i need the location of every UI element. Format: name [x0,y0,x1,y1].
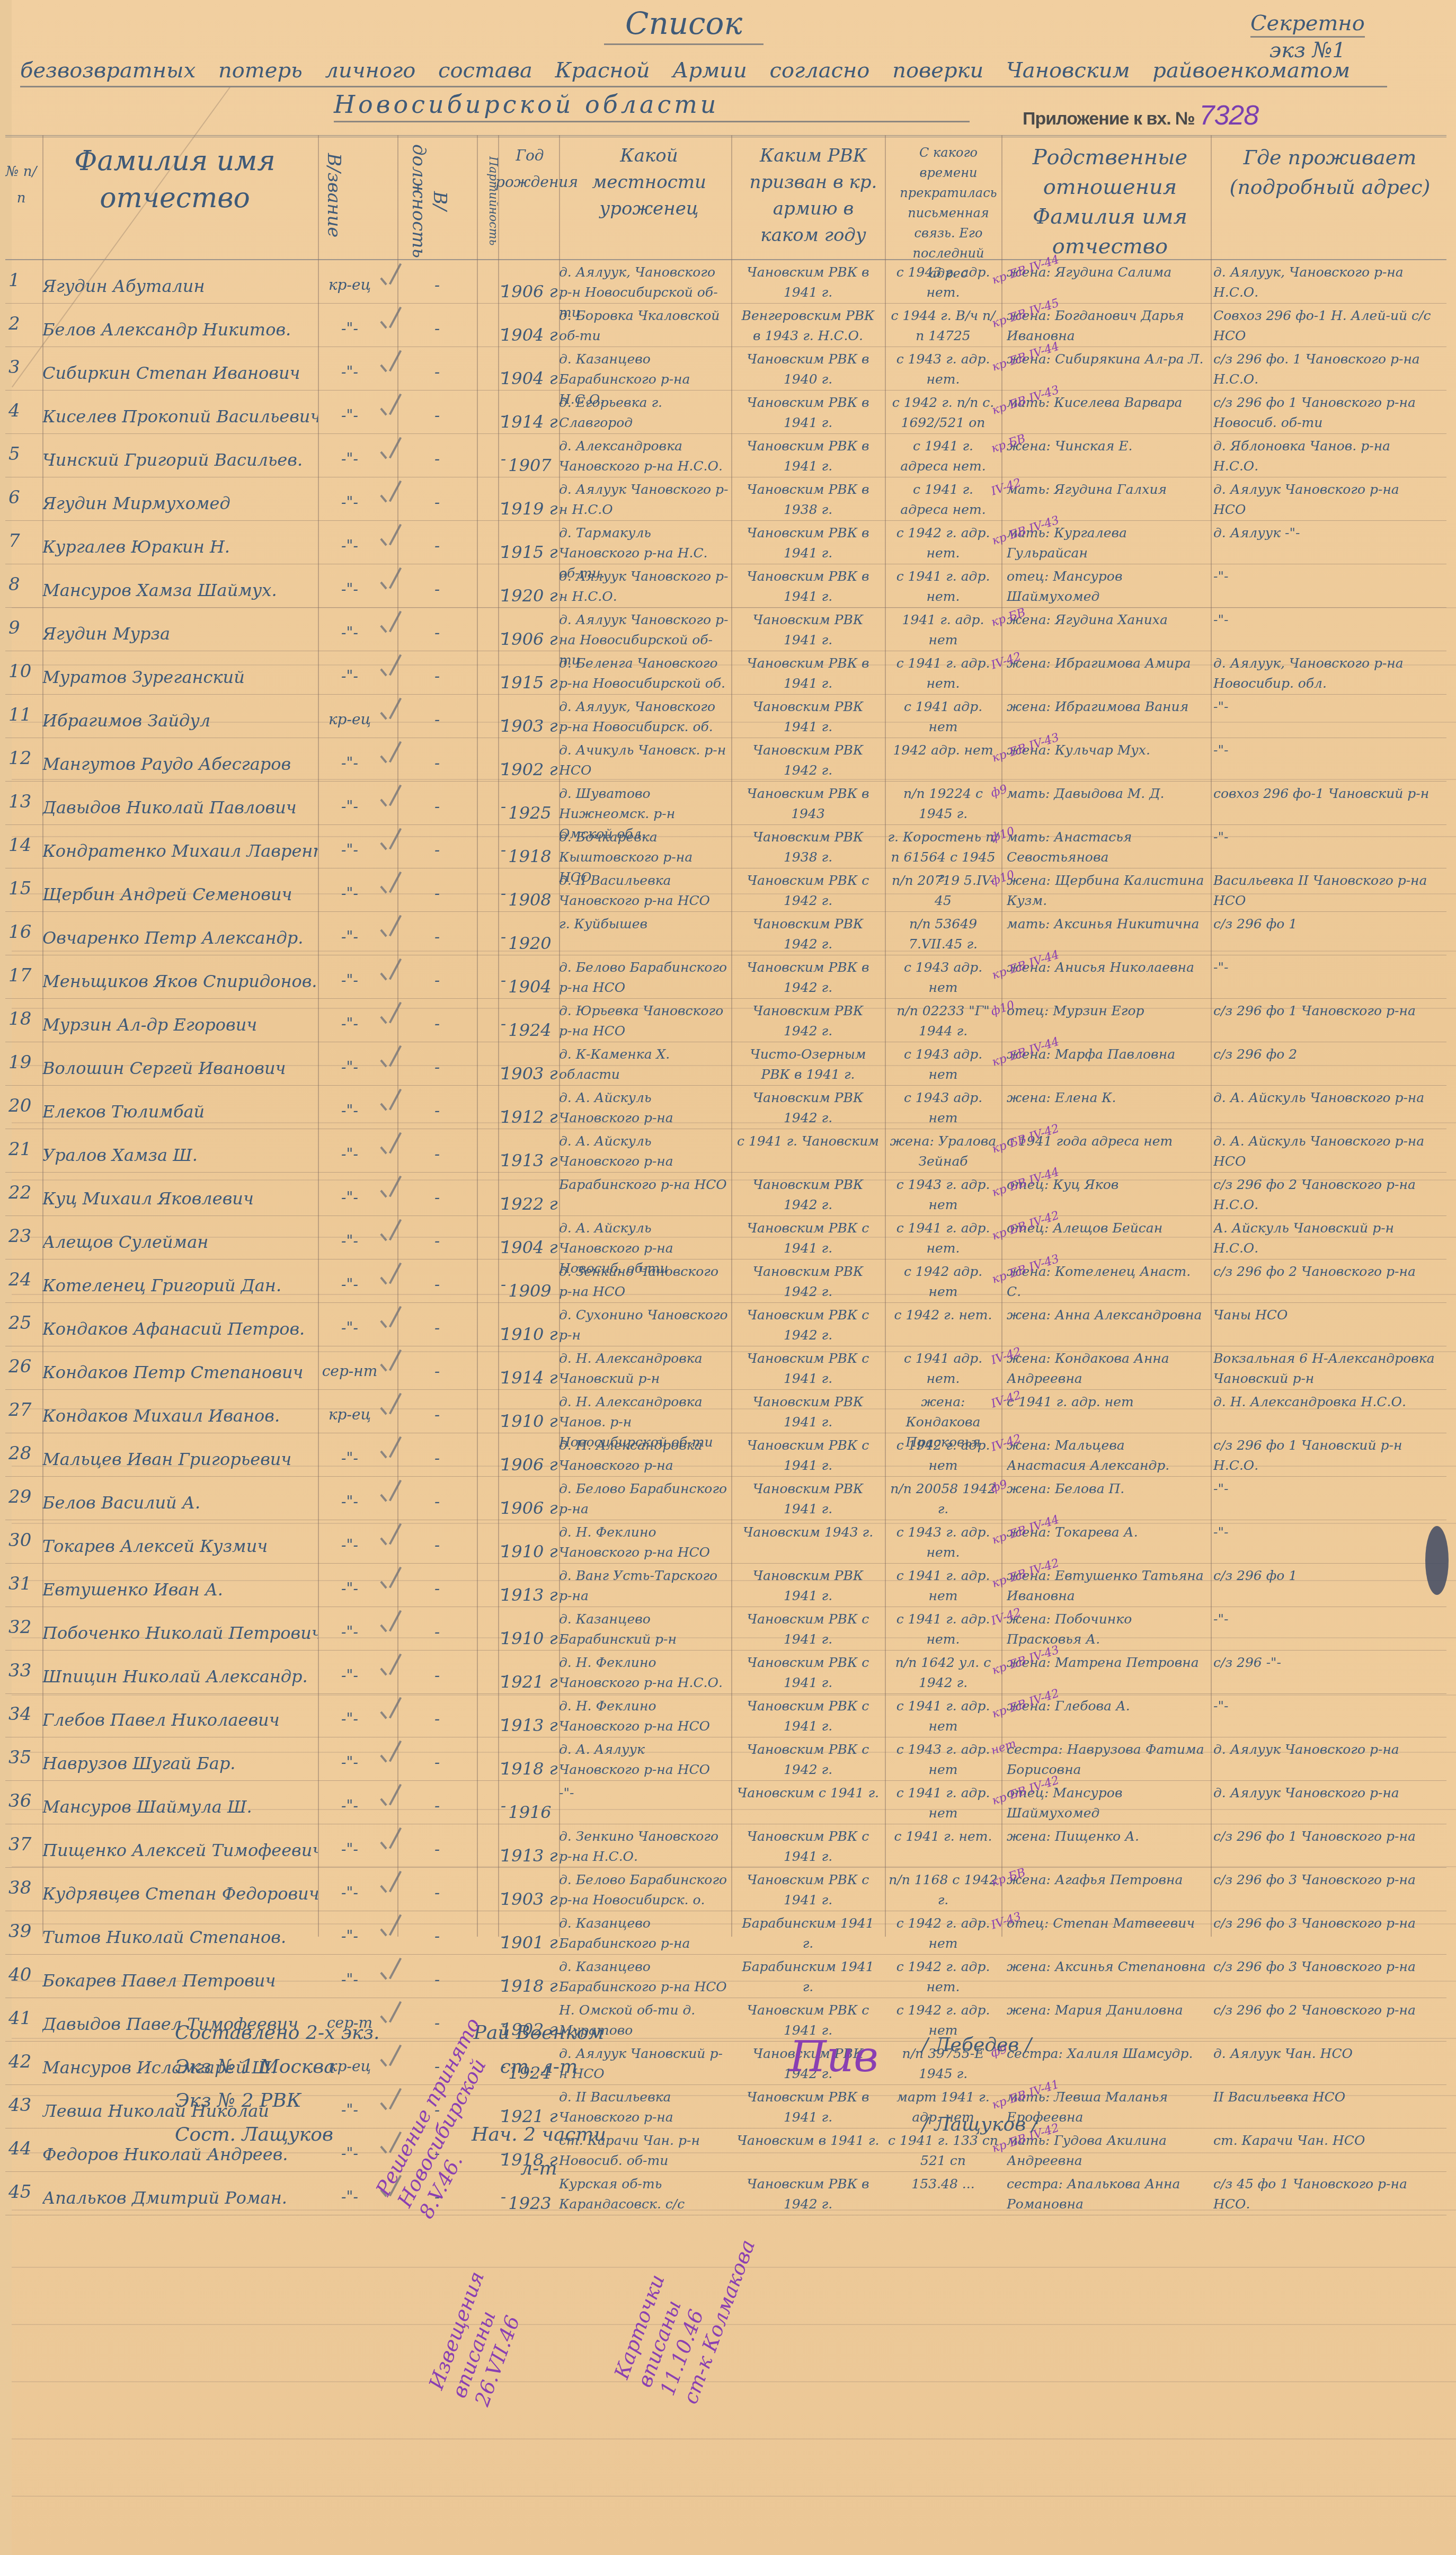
soldier-name: Наврузов Шугай Бар. [42,1753,318,1773]
relative: жена: Кондакова Анна Андреевна [1007,1349,1208,1389]
conscription-office: Чановским РВК 1942 г. [736,1262,880,1302]
position: - [397,406,477,425]
row-number: 41 [8,2008,40,2029]
position: - [397,711,477,729]
relative-address: -"- [1213,740,1436,760]
birth-year: 1916 [501,1802,559,1822]
table-row: 21Уралов Хамза Ш.-"---1913 г.д. А. Айску… [5,1129,1446,1173]
birth-year: 1920 [501,933,559,953]
conscription-office: Чисто-Озерным РВК в 1941 г. [736,1044,880,1085]
row-number: 13 [8,791,40,812]
table-row: 19Волошин Сергей Иванович-"---1903 г.д. … [5,1042,1446,1086]
table-row: 12Мангутов Раудо Абесгаров-"---1902 г.д.… [5,738,1446,782]
conscription-office: Чановским РВК 1938 г. [736,827,880,867]
last-contact: с 1941 адр. нет [887,697,999,737]
birth-year: 1913 г. [501,1715,559,1735]
position: - [397,1797,477,1815]
relative-address: Васильевка II Чановского р-на НСО [1213,871,1436,911]
rank: -"- [318,537,381,554]
signature-lebedev: / Лебедев / [922,2024,1038,2066]
soldier-name: Мурзин Ал-др Егорович [42,1015,318,1035]
relative: жена: Ибрагимова Вания [1007,697,1208,717]
conscription-office: Чановским РВК 1942 г. [736,1175,880,1215]
conscription-office: Чановским РВК в 1941 г. [736,262,880,303]
last-contact: п/п 1642 ул. с 1942 г. [887,1653,999,1693]
relative: жена: Агафья Петровна [1007,1870,1208,1890]
position: - [397,320,477,338]
checkmark-icon [376,1998,402,2035]
conscription-office: Чановским РВК в 1941 г. [736,436,880,476]
conscription-office: Чановским РВК в 1941 г. [736,393,880,433]
chief-rank: л-т [472,2152,606,2186]
table-row: 27Кондаков Михаил Иванов.кр-ец--1910 г.д… [5,1390,1446,1433]
birth-year: 1912 г. [501,1107,559,1127]
copy-2-destination: Экз № 2 РВК [175,2084,380,2118]
birth-year: 1925 [501,803,559,823]
birth-year: 1921 г. [501,1672,559,1692]
last-contact: с 1943 г. адр. нет. [887,1522,999,1563]
relative: жена: Аксинья Степановна [1007,1957,1208,1977]
conscription-office: Чановским в 1941 г. [736,2131,880,2151]
relative-address: д. Яблоновка Чанов. р-на Н.С.О. [1213,436,1436,476]
relative: жена: Мальцева Анастасия Александр. [1007,1435,1208,1476]
last-contact: с 1942 г. п/п с. 1692/521 оп [887,393,999,433]
column-rule [559,135,560,1937]
soldier-name: Муратов Зуреганский [42,667,318,687]
relative-address: с/з 45 фо 1 Чановского р-на НСО. [1213,2174,1436,2214]
row-number: 5 [8,443,40,465]
rank: -"- [318,1580,381,1597]
rank: -"- [318,754,381,771]
secret-label: Секретно [1250,11,1365,38]
rank: -"- [318,1884,381,1901]
birth-year: 1906 г. [501,281,559,301]
soldier-name: Волошин Сергей Иванович [42,1058,318,1078]
relative-address: д. Аялуук -"- [1213,523,1436,543]
table-row: 26Кондаков Петр Степановичсер-нт--1914 г… [5,1346,1446,1390]
relative: отец: Мурзин Егор [1007,1001,1208,1021]
relative: отец: Степан Матвеевич [1007,1913,1208,1933]
birthplace: д. Н. Александровка Чановский р-н [559,1349,729,1389]
table-row: 15Щербин Андрей Семенович-"---1908д. II … [5,868,1446,912]
soldier-name: Белов Василий А. [42,1493,318,1513]
birthplace: д. Н. Александровка Чановского р-на [559,1435,729,1476]
birth-year: 1924 [501,1020,559,1040]
last-contact: с 1941 г. адр. нет [887,1783,999,1823]
position: - [397,363,477,382]
relative-address: с/з 296 фо 1 Чановского р-на [1213,1826,1436,1847]
rank: -"- [318,406,381,424]
birthplace: д. Боровка Чкаловской об-ти [559,306,729,346]
conscription-office: с 1941 г. Чановским [736,1131,880,1151]
row-number: 18 [8,1008,40,1030]
soldier-name: Титов Николай Степанов. [42,1927,318,1947]
rank: -"- [318,1971,381,1988]
position: - [397,493,477,512]
table-row: 40Бокарев Павел Петрович-"---1918 г.д. К… [5,1955,1446,1998]
relative-address: Совхоз 296 фо-1 Н. Алей-ий с/с НСО [1213,306,1436,346]
conscription-office: Чановским РВК 1942 г. [736,914,880,954]
relative-address: с/з 296 фо 2 Чановского р-на [1213,2000,1436,2020]
birth-year: 1910 г. [501,1324,559,1344]
birth-year: 1904 [501,977,559,997]
birth-year: 1902 г. [501,759,559,779]
birth-year: 1903 г. [501,1063,559,1084]
relative: отец: Мансуров Шаймухомед [1007,566,1208,607]
relative-address: II Васильевка НСО [1213,2087,1436,2107]
position: - [397,1580,477,1598]
last-contact: с 1941 г. адр. нет [887,1566,999,1606]
table-row: 4Киселев Прокопий Васильевич-"---1914 г.… [5,391,1446,434]
soldier-name: Глебов Павел Николаевич [42,1710,318,1730]
relative-address: -"- [1213,697,1436,717]
last-contact: с 1942 г. адр. нет. [887,1957,999,1997]
rank: -"- [318,624,381,641]
position: - [397,884,477,903]
birth-year: 1922 г. [501,1194,559,1214]
birth-year: 1919 г. [501,499,559,519]
conscription-office: Чановским РВК с 1941 г. [736,1218,880,1258]
position: - [397,580,477,599]
rank: -"- [318,1493,381,1510]
table-row: 36Мансуров Шаймула Ш.-"---1916-"-Чановск… [5,1781,1446,1824]
row-number: 11 [8,704,40,725]
relative: мать: Давыдова М. Д. [1007,784,1208,804]
copy-1-destination: Экз № 1 Москва [175,2050,380,2084]
soldier-name: Кондаков Михаил Иванов. [42,1406,318,1426]
table-row: 28Мальцев Иван Григорьевич-"---1906 г.д.… [5,1433,1446,1477]
table-row: 32Побоченко Николай Петрович-"---1910 г.… [5,1607,1446,1651]
rank: -"- [318,1710,381,1727]
rank: -"- [318,320,381,337]
position: - [397,1753,477,1772]
row-number: 25 [8,1312,40,1334]
position: - [397,667,477,686]
relative-address: с/з 296 фо. 1 Чановского р-на Н.С.О. [1213,349,1436,389]
table-row: 39Титов Николай Степанов.-"---1901 г.д. … [5,1911,1446,1955]
last-contact: с 1941 г. адр. нет. [887,1609,999,1649]
conscription-office: Чановским РВК в 1941 г. [736,2087,880,2127]
rank: -"- [318,1666,381,1684]
position: - [397,276,477,295]
column-rule [1001,135,1002,1937]
last-contact: с 1943 адр. нет [887,957,999,998]
relative-address: -"- [1213,957,1436,978]
birthplace: д. Аялуук, Чановского р-на Новосибирск. … [559,697,729,737]
soldier-name: Ягудин Абуталин [42,276,318,296]
column-rule [885,135,886,1937]
relative-address: д. А. Айскуль Чановского р-на [1213,1088,1436,1108]
relative-address: с/з 296 фо 3 Чановского р-на [1213,1870,1436,1890]
last-contact: с 1942 адр. нет [887,1262,999,1302]
position: - [397,1536,477,1555]
birth-year: 1903 г. [501,716,559,736]
relative-address: -"- [1213,1696,1436,1716]
birth-year: 1918 [501,846,559,866]
relative-address: с/з 296 фо 1 [1213,914,1436,934]
table-row: 33Шпицин Николай Александр.-"---1921 г.д… [5,1651,1446,1694]
conscription-office: Чановским РВК 1941 г. [736,1479,880,1519]
relative: жена: Белова П. [1007,1479,1208,1499]
soldier-name: Мангутов Раудо Абесгаров [42,754,318,774]
birth-year: 1915 г. [501,672,559,693]
conscription-office: Чановским РВК с 1941 г. [736,1696,880,1736]
relative: жена: Чинская Е. [1007,436,1208,456]
region-subtitle: Новосибирской области [334,90,970,122]
conscription-office: Чановским РВК с 1941 г. [736,1870,880,1910]
table-row: 8Мансуров Хамза Шаймух.-"---1920 г.д. Ая… [5,564,1446,608]
relative: мать: Аксинья Никитична [1007,914,1208,934]
relative-address: д. А. Айскуль Чановского р-на НСО [1213,1131,1436,1172]
row-number: 39 [8,1921,40,1942]
birthplace: д. Казанцево Барабинский р-н [559,1609,729,1649]
table-row: 30Токарев Алексей Кузмич-"---1910 г.д. Н… [5,1520,1446,1564]
col-birth-year: Год рождения [495,143,564,196]
compiled-note: Составлено 2-х экз. Экз № 1 Москва Экз №… [175,2016,380,2152]
relative-address: совхоз 296 фо-1 Чановский р-н [1213,784,1436,804]
relative: жена: Мария Даниловна [1007,2000,1208,2020]
last-contact: с 1943 г. адр. нет [887,1740,999,1780]
relative-address: с/з 296 фо 2 [1213,1044,1436,1064]
rank: -"- [318,1145,381,1163]
row-number: 35 [8,1747,40,1768]
relative: сестра: Апалькова Анна Романовна [1007,2174,1208,2214]
table-row: 6Ягудин Мирмухомед-"---1919 г.д. Аялуук … [5,477,1446,521]
birth-year: 1904 г. [501,368,559,388]
row-number: 24 [8,1269,40,1290]
row-number: 38 [8,1877,40,1898]
rank: -"- [318,363,381,380]
rank: кр-ец [318,1406,381,1423]
relative-address: с/з 296 фо 2 Чановского р-на Н.С.О. [1213,1175,1436,1215]
birthplace: д. К-Каменка Х. области [559,1044,729,1085]
row-number: 30 [8,1530,40,1551]
birth-year: 1923 [501,2193,559,2213]
relative: жена: Анна Александровна [1007,1305,1208,1325]
table-row: 18Мурзин Ал-др Егорович-"---1924д. Юрьев… [5,999,1446,1042]
position: - [397,537,477,555]
soldier-name: Чинский Григорий Васильев. [42,450,318,470]
relative-address: с/з 296 фо 1 Чановский р-н Н.С.О. [1213,1435,1436,1476]
position: - [397,1666,477,1685]
row-number: 31 [8,1573,40,1594]
conscription-office: Барабинским 1941 г. [736,1913,880,1954]
last-contact: с 1942 г. нет. [887,1305,999,1325]
soldier-name: Пищенко Алексей Тимофеевич [42,1840,318,1860]
soldier-name: Овчаренко Петр Александр. [42,928,318,948]
soldier-name: Белов Александр Никитов. [42,320,318,340]
table-row: 9Ягудин Мурза-"---1906 г.д. Аялуук Чанов… [5,608,1446,651]
rank: -"- [318,1536,381,1554]
soldier-name: Побоченко Николай Петрович [42,1623,318,1643]
soldier-name: Токарев Алексей Кузмич [42,1536,318,1556]
birthplace: д. Ачикуль Чановск. р-н НСО [559,740,729,780]
relative-address: -"- [1213,827,1436,847]
row-number: 20 [8,1095,40,1116]
losses-table: № п/п Фамилия имя отчество В/звание В/до… [5,135,1446,2215]
position: - [397,1406,477,1424]
relative-address: с/з 296 фо 1 Чановского р-на Новосиб. об… [1213,393,1436,433]
table-row: 35Наврузов Шугай Бар.-"---1918 г.д. А. А… [5,1737,1446,1781]
relative: жена: Пищенко А. [1007,1826,1208,1847]
row-number: 36 [8,1790,40,1812]
col-birthplace: Какой местности уроженец [572,143,726,222]
birth-year: 1910 г. [501,1541,559,1562]
soldier-name: Мансуров Хамза Шаймух. [42,580,318,600]
relative-address: Вокзальная 6 Н-Александровка Чановский р… [1213,1349,1436,1389]
row-number: 42 [8,2051,40,2072]
birthplace: д. Н. Феклино Чановского р-на НСО [559,1696,729,1736]
row-number: 32 [8,1617,40,1638]
table-row: 11Ибрагимов Зайдулкр-ец--1903 г.д. Аялуу… [5,695,1446,738]
checkmark-icon [376,2085,402,2122]
col-relatives: Родственные отношения Фамилия имя отчест… [1012,143,1208,261]
birthplace: д. Казанцево Барабинского р-на НСО [559,1957,729,1997]
last-contact: жена: Уралова Зейнаб [887,1131,999,1172]
birthplace: д. А. Айскуль Чановского р-на [559,1088,729,1128]
birthplace: Барабинского р-на НСО [559,1175,729,1195]
conscription-office: Чановским РВК с 1941 г. [736,1826,880,1867]
last-contact: с 1944 г. В/ч п/п 14725 [887,306,999,346]
table-row: 45Апальков Дмитрий Роман.-"---1923Курска… [5,2172,1446,2215]
conscription-office: Чановским РВК с 1941 г. [736,1435,880,1476]
birth-year: 1913 г. [501,1846,559,1866]
row-number: 7 [8,530,40,552]
birthplace: д. Аялуук Чановского р-н Н.С.О. [559,566,729,607]
table-row: 31Евтушенко Иван А.-"---1913 г.д. Ванг У… [5,1564,1446,1607]
birthplace: д. Белово Барабинского р-на [559,1479,729,1519]
last-contact: п/п 02233 "Г" 1944 г. [887,1001,999,1041]
position: - [397,1493,477,1511]
table-row: 24Котеленец Григорий Дан.-"---1909д. Зен… [5,1259,1446,1303]
birthplace: д. II Васильевка Чановского р-на НСО [559,871,729,911]
row-number: 45 [8,2181,40,2203]
birthplace: д. Аялуук Чановского р-н Н.С.О [559,480,729,520]
conscription-office: Чановским РВК в 1941 г. [736,566,880,607]
table-row: 5Чинский Григорий Васильев.-"---1907д. А… [5,434,1446,477]
soldier-name: Котеленец Григорий Дан. [42,1275,318,1296]
rank: -"- [318,1275,381,1293]
col-name: Фамилия имя отчество [48,143,302,217]
soldier-name: Кургалев Юракин Н. [42,537,318,557]
rank: -"- [318,580,381,598]
table-row: 10Муратов Зуреганский-"---1915 г.д. Беле… [5,651,1446,695]
table-row: 38Кудрявцев Степан Федорович-"---1903 г.… [5,1868,1446,1911]
soldier-name: Кудрявцев Степан Федорович [42,1884,318,1904]
birthplace: д. Белово Барабинского р-на Новосибирск.… [559,1870,729,1910]
row-number: 33 [8,1660,40,1681]
soldier-name: Шпицин Николай Александр. [42,1666,318,1687]
birth-year: 1906 г. [501,1498,559,1518]
conscription-office: Чановским РВК 1942 г. [736,1088,880,1128]
compiled-copies: Составлено 2-х экз. [175,2016,380,2050]
birth-year: 1914 г. [501,412,559,432]
row-number: 2 [8,313,40,334]
rank: -"- [318,884,381,902]
position: - [397,1449,477,1468]
last-contact: 1941 г. адр. нет [887,610,999,650]
row-number: 28 [8,1443,40,1464]
rank: -"- [318,1102,381,1119]
compiler-name: Сост. Лащуков [175,2118,380,2152]
relative-address: с/з 296 фо 3 Чановского р-на [1213,1913,1436,1933]
last-contact: с 1942 г. адр. нет [887,1435,999,1476]
relative-address: с/з 296 -"- [1213,1653,1436,1673]
row-number: 10 [8,661,40,682]
col-rank: В/звание [323,143,344,249]
birthplace: д. Юрьевка Чановского р-на НСО [559,1001,729,1041]
conscription-office: Чановским РВК с 1941 г. [736,1349,880,1389]
column-rule [477,135,478,1937]
row-number: 21 [8,1139,40,1160]
registration-stamp: Приложение к вх. № 7328 [1023,100,1258,131]
birthplace: д. Зенкино Чановского р-на НСО [559,1262,729,1302]
birth-year: 1906 г. [501,629,559,649]
soldier-name: Кондратенко Михаил Лаврент. [42,841,318,861]
birth-year: 1904 г. [501,325,559,345]
birth-year: 1907 [501,455,559,475]
conscription-office: Чановским РВК в 1942 г. [736,957,880,998]
table-row: 17Меньщиков Яков Спиридонов.-"---1904д. … [5,955,1446,999]
column-rule [397,135,398,1937]
birth-year: 1909 [501,1281,559,1301]
rank: -"- [318,1840,381,1858]
soldier-name: Щербин Андрей Семенович [42,884,318,904]
checkmark-icon [376,2042,402,2079]
last-contact: с 1941 г. адр. нет [887,1696,999,1736]
last-contact: с 1941 адр. нет. [887,1349,999,1389]
conscription-office: Чановским РВК 1941 г. [736,1392,880,1432]
col-rvk: Каким РВК призван в кр. армию в каком го… [742,143,885,249]
last-contact: с 1941 г. адреса нет. [887,436,999,476]
col-number: № п/п [5,158,37,211]
birthplace: д. Беленга Чановского р-на Новосибирской… [559,653,729,694]
last-contact: с 1941 г. адр. нет. [887,566,999,607]
relative-address: д. Аялуук Чан. НСО [1213,2044,1436,2064]
relative-address: -"- [1213,1609,1436,1629]
signature-scrawl: Пив [789,2032,878,2081]
last-contact: п/п 19224 с 1945 г. [887,784,999,824]
row-number: 16 [8,921,40,943]
last-contact: с 1943 адр. нет [887,1088,999,1128]
conscription-office: Чановским РВК с 1941 г. [736,1653,880,1693]
secrecy-label: Секретно экз №1 [1250,11,1365,63]
rank: -"- [318,1753,381,1771]
position: - [397,624,477,642]
soldier-name: Кондаков Петр Степанович [42,1362,318,1382]
row-number: 15 [8,878,40,899]
stamp-number: 7328 [1199,100,1258,131]
relative-address: ст. Карачи Чан. НСО [1213,2131,1436,2151]
rank: -"- [318,2188,381,2205]
column-rule [731,135,732,1937]
conscription-office: Чановским РВК в 1942 г. [736,2174,880,2214]
row-number: 6 [8,487,40,508]
birthplace: д. Ванг Усть-Тарского р-на [559,1566,729,1606]
position: - [397,1232,477,1250]
table-row: 37Пищенко Алексей Тимофеевич-"---1913 г.… [5,1824,1446,1868]
last-contact: с 1943 г. адр. нет. [887,262,999,303]
col-position: В/должность [408,143,450,259]
birth-year: 1920 г. [501,585,559,606]
relative: жена: Щербина Калистина Кузм. [1007,871,1208,911]
position: - [397,1971,477,1989]
rank: -"- [318,928,381,945]
position: - [397,1623,477,1642]
relative-address: -"- [1213,1479,1436,1499]
position: - [397,1927,477,1946]
position: - [397,450,477,468]
